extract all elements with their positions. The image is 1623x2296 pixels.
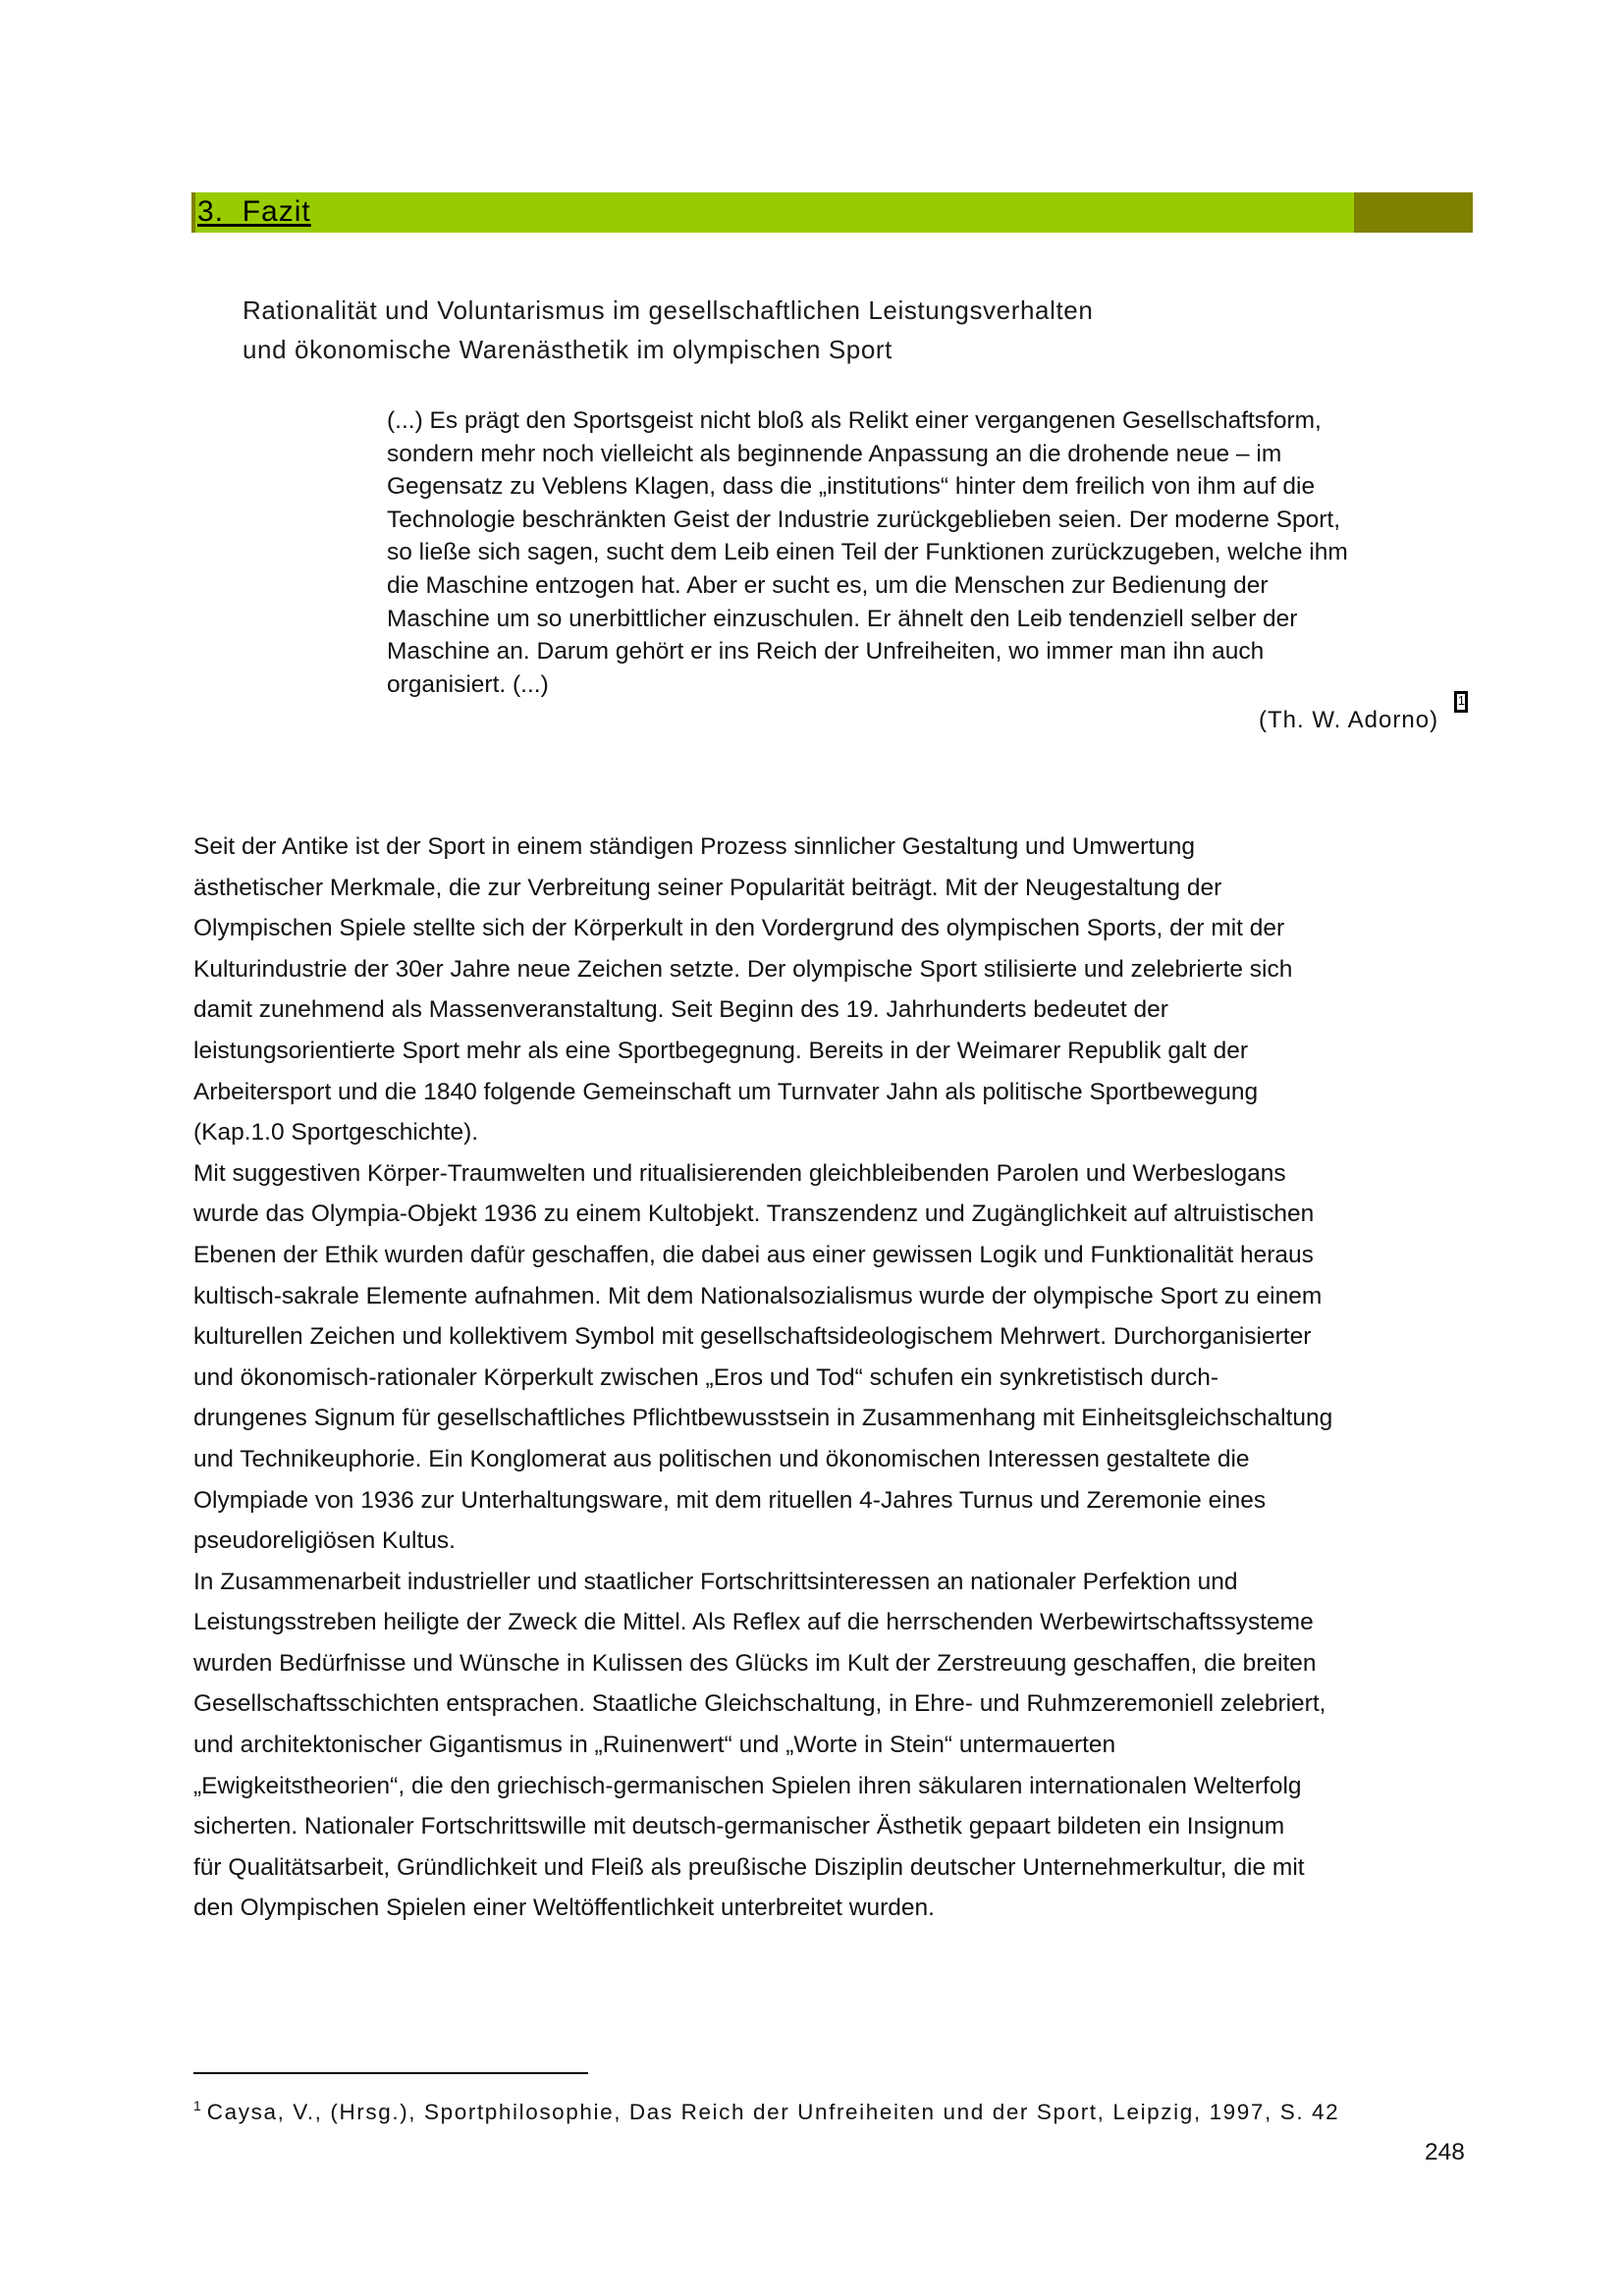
body-line: „Ewigkeitstheorien“, die den griechisch-…: [193, 1766, 1480, 1807]
body-line: leistungsorientierte Sport mehr als eine…: [193, 1031, 1480, 1072]
quote-attribution: (Th. W. Adorno): [1259, 706, 1438, 735]
body-line: Leistungsstreben heiligte der Zweck die …: [193, 1602, 1480, 1643]
body-line: und architektonischer Gigantismus in „Ru…: [193, 1725, 1480, 1766]
body-line: kultisch-sakrale Elemente aufnahmen. Mit…: [193, 1276, 1480, 1317]
body-line: und ökonomisch-rationaler Körperkult zwi…: [193, 1358, 1480, 1399]
chapter-header-bar: 3. Fazit: [191, 192, 1473, 233]
body-line: Kulturindustrie der 30er Jahre neue Zeic…: [193, 949, 1480, 990]
body-line: Olympiade von 1936 zur Unterhaltungsware…: [193, 1480, 1480, 1522]
body-line: Olympischen Spiele stellte sich der Körp…: [193, 908, 1480, 949]
body-line: Mit suggestiven Körper-Traumwelten und r…: [193, 1153, 1480, 1195]
body-line: für Qualitätsarbeit, Gründlichkeit und F…: [193, 1847, 1480, 1889]
quote-line: (...) Es prägt den Sportsgeist nicht blo…: [387, 404, 1479, 438]
subtitle-line: und ökonomische Warenästhetik im olympis…: [243, 330, 1093, 369]
body-line: wurde das Olympia-Objekt 1936 zu einem K…: [193, 1194, 1480, 1235]
body-line: sicherten. Nationaler Fortschrittswille …: [193, 1806, 1480, 1847]
footnote-number: 1: [193, 2098, 201, 2113]
body-line: den Olympischen Spielen einer Weltöffent…: [193, 1888, 1480, 1929]
body-text: Seit der Antike ist der Sport in einem s…: [193, 827, 1480, 1929]
header-accent-block: [1354, 192, 1473, 233]
subtitle-line: Rationalität und Voluntarismus im gesell…: [243, 291, 1093, 330]
page-number: 248: [1425, 2138, 1465, 2167]
quote-line: so ließe sich sagen, sucht dem Leib eine…: [387, 536, 1479, 569]
section-subtitle: Rationalität und Voluntarismus im gesell…: [243, 291, 1093, 369]
footnote-reference-marker[interactable]: 1: [1454, 691, 1468, 713]
quote-line: Gegensatz zu Veblens Klagen, dass die „i…: [387, 470, 1479, 504]
body-line: In Zusammenarbeit industrieller und staa…: [193, 1562, 1480, 1603]
body-line: und Technikeuphorie. Ein Konglomerat aus…: [193, 1439, 1480, 1480]
block-quote: (...) Es prägt den Sportsgeist nicht blo…: [387, 404, 1479, 701]
quote-line: Technologie beschränkten Geist der Indus…: [387, 504, 1479, 537]
quote-line: die Maschine entzogen hat. Aber er sucht…: [387, 569, 1479, 603]
quote-line: Maschine um so unerbittlicher einzuschul…: [387, 603, 1479, 636]
body-line: Arbeitersport und die 1840 folgende Geme…: [193, 1072, 1480, 1113]
body-line: wurden Bedürfnisse und Wünsche in Kuliss…: [193, 1643, 1480, 1684]
body-line: kulturellen Zeichen und kollektivem Symb…: [193, 1316, 1480, 1358]
body-line: damit zunehmend als Massenveranstaltung.…: [193, 989, 1480, 1031]
body-line: drungenes Signum für gesellschaftliches …: [193, 1398, 1480, 1439]
footnote-text: Caysa, V., (Hrsg.), Sportphilosophie, Da…: [207, 2100, 1339, 2124]
body-line: (Kap.1.0 Sportgeschichte).: [193, 1112, 1480, 1153]
document-page: 3. Fazit Rationalität und Voluntarismus …: [0, 0, 1623, 2296]
quote-line: sondern mehr noch vielleicht als beginne…: [387, 438, 1479, 471]
body-line: ästhetischer Merkmale, die zur Verbreitu…: [193, 868, 1480, 909]
body-line: Seit der Antike ist der Sport in einem s…: [193, 827, 1480, 868]
body-line: Ebenen der Ethik wurden dafür geschaffen…: [193, 1235, 1480, 1276]
body-line: Gesellschaftsschichten entsprachen. Staa…: [193, 1683, 1480, 1725]
quote-line: organisiert. (...): [387, 668, 1479, 702]
body-line: pseudoreligiösen Kultus.: [193, 1521, 1480, 1562]
quote-line: Maschine an. Darum gehört er ins Reich d…: [387, 635, 1479, 668]
chapter-title: 3. Fazit: [197, 194, 311, 230]
footnote: 1Caysa, V., (Hrsg.), Sportphilosophie, D…: [193, 2091, 1339, 2127]
footnote-separator: [193, 2072, 588, 2074]
